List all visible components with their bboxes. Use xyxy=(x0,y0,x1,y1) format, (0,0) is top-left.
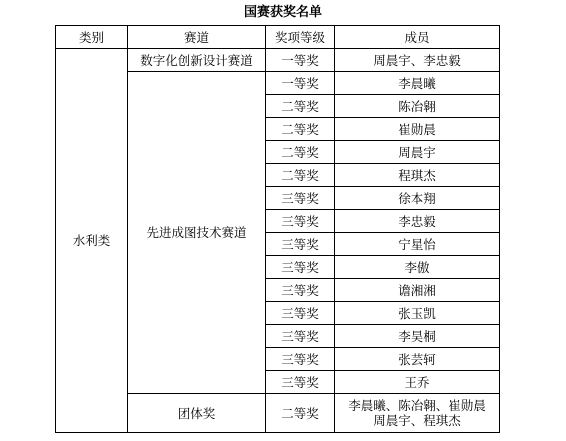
members-cell: 李晨曦 xyxy=(335,72,500,95)
award-cell: 二等奖 xyxy=(266,141,335,164)
award-cell: 二等奖 xyxy=(266,95,335,118)
award-cell: 二等奖 xyxy=(266,118,335,141)
members-cell: 周晨宇、李忠毅 xyxy=(335,49,500,72)
members-cell: 李昊桐 xyxy=(335,325,500,348)
members-cell: 李晨曦、陈冶翱、崔勋晨 周晨宇、程琪杰 xyxy=(335,394,500,433)
members-cell: 徐本翔 xyxy=(335,187,500,210)
page-title: 国赛获奖名单 xyxy=(0,0,566,21)
award-cell: 一等奖 xyxy=(266,72,335,95)
category-cell: 水利类 xyxy=(56,49,128,433)
members-cell: 张玉凯 xyxy=(335,302,500,325)
members-cell: 崔勋晨 xyxy=(335,118,500,141)
header-award-level: 奖项等级 xyxy=(266,26,335,49)
members-cell: 周晨宇 xyxy=(335,141,500,164)
award-cell: 三等奖 xyxy=(266,279,335,302)
award-table: 类别 赛道 奖项等级 成员 水利类 数字化创新设计赛道 一等奖 周晨宇、李忠毅 … xyxy=(55,25,500,433)
track-cell-team-award: 团体奖 xyxy=(128,394,266,433)
award-cell: 三等奖 xyxy=(266,325,335,348)
track-cell-advanced-drawing: 先进成图技术赛道 xyxy=(128,72,266,394)
award-cell: 一等奖 xyxy=(266,49,335,72)
header-track: 赛道 xyxy=(128,26,266,49)
members-cell: 宁星怡 xyxy=(335,233,500,256)
award-cell: 三等奖 xyxy=(266,302,335,325)
track-cell-digital-innovation: 数字化创新设计赛道 xyxy=(128,49,266,72)
members-cell: 李傲 xyxy=(335,256,500,279)
award-cell: 三等奖 xyxy=(266,187,335,210)
award-cell: 二等奖 xyxy=(266,164,335,187)
award-cell: 三等奖 xyxy=(266,210,335,233)
members-cell: 王乔 xyxy=(335,371,500,394)
award-cell: 三等奖 xyxy=(266,256,335,279)
members-cell: 程琪杰 xyxy=(335,164,500,187)
header-members: 成员 xyxy=(335,26,500,49)
table-header-row: 类别 赛道 奖项等级 成员 xyxy=(56,26,500,49)
header-category: 类别 xyxy=(56,26,128,49)
award-cell: 二等奖 xyxy=(266,394,335,433)
members-cell: 陈冶翱 xyxy=(335,95,500,118)
award-cell: 三等奖 xyxy=(266,233,335,256)
award-cell: 三等奖 xyxy=(266,348,335,371)
members-cell: 李忠毅 xyxy=(335,210,500,233)
members-cell: 谵湘湘 xyxy=(335,279,500,302)
table-row: 水利类 数字化创新设计赛道 一等奖 周晨宇、李忠毅 xyxy=(56,49,500,72)
members-cell: 张芸轲 xyxy=(335,348,500,371)
award-cell: 三等奖 xyxy=(266,371,335,394)
